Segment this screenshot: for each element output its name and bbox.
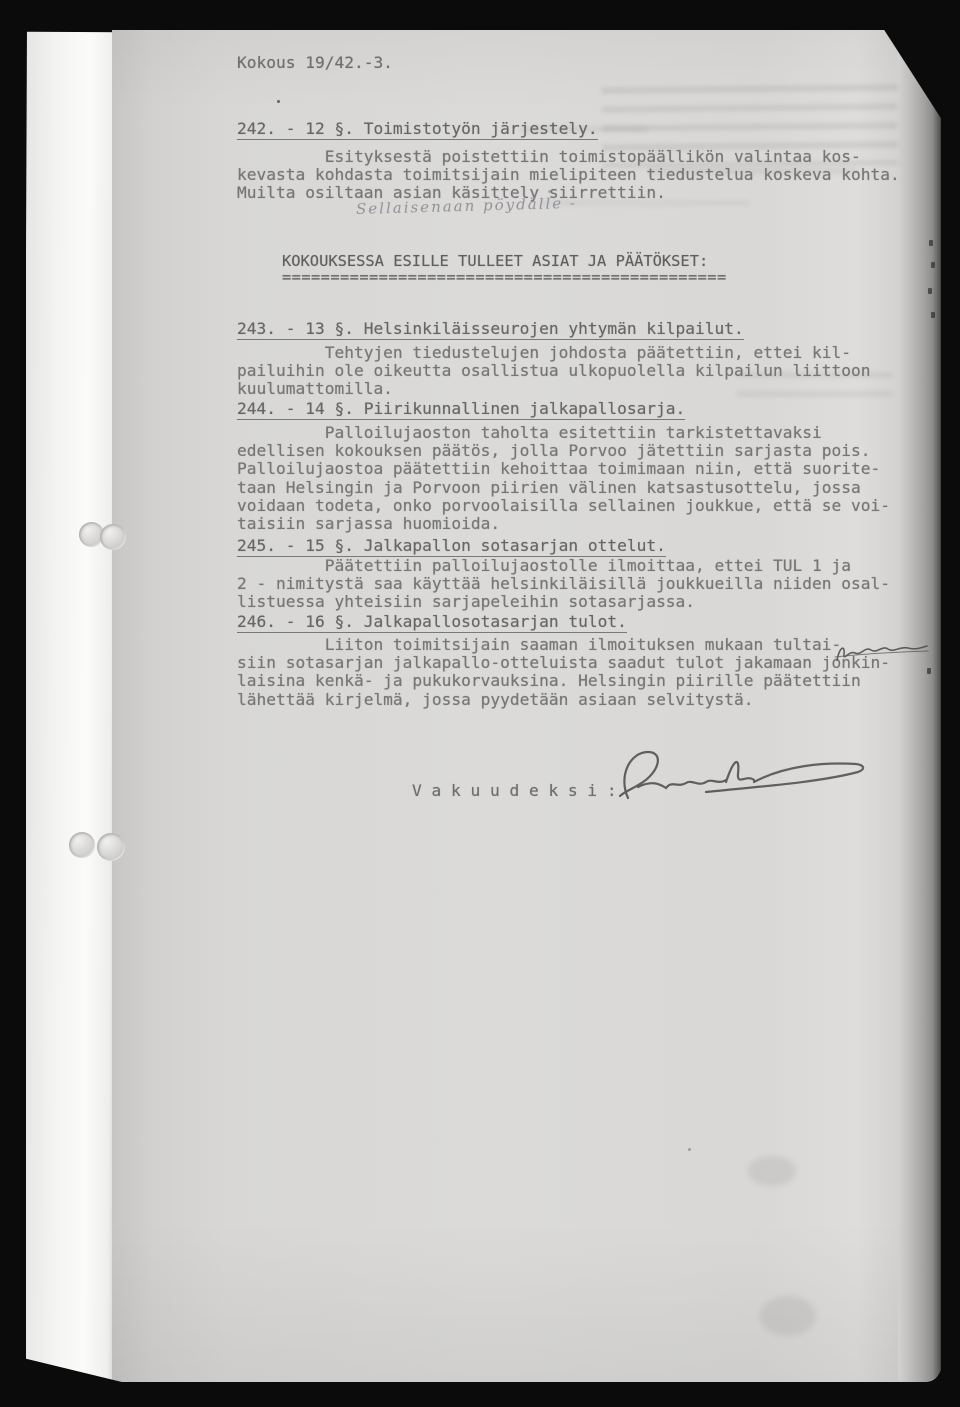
edge-ink-mark [931,312,935,318]
handwritten-correction-scribble [832,640,932,672]
paper-speck [688,1148,691,1151]
section-246-body: Liiton toimitsijain saaman ilmoituksen m… [237,636,890,709]
closing-label: V a k u u d e k s i : [412,782,617,800]
photo-frame-right [941,0,960,1407]
paper-smudge [760,1296,816,1336]
paper-speck [277,100,280,103]
paper-smudge [748,1156,796,1186]
photo-frame-top [0,0,960,26]
edge-ink-mark [931,262,935,268]
section-243-heading: 243. - 13 §. Helsinkiläisseurojen yhtymä… [237,320,744,338]
section-244-heading: 244. - 14 §. Piirikunnallinen jalkapallo… [237,400,685,418]
binder-punch-hole [69,832,95,858]
section-242-heading: 242. - 12 §. Toimistotyön järjestely. [237,120,598,138]
meeting-heading-underline: ========================================… [282,268,727,286]
previous-page-edge [21,32,123,1390]
section-243-body: Tehtyjen tiedustelujen johdosta päätetti… [237,344,870,399]
photo-frame-left [0,0,26,1407]
binder-punch-hole [100,524,126,550]
section-245-heading: 245. - 15 §. Jalkapallon sotasarjan otte… [237,537,666,555]
edge-ink-mark [928,288,932,294]
scanned-document-photo: Kokous 19/42.-3. 242. - 12 §. Toimistoty… [0,0,960,1407]
document-title: Kokous 19/42.-3. [237,54,393,72]
section-244-body: Palloilujaoston taholta esitettiin tarki… [237,424,890,533]
edge-ink-mark [929,240,933,246]
signature [608,740,878,822]
section-246-heading: 246. - 16 §. Jalkapallosotasarjan tulot. [237,613,627,631]
binder-punch-hole [97,833,125,861]
book-page-stack-edge [898,34,942,1382]
section-245-body: Päätettiin palloilujaostolle ilmoittaa, … [237,557,890,612]
